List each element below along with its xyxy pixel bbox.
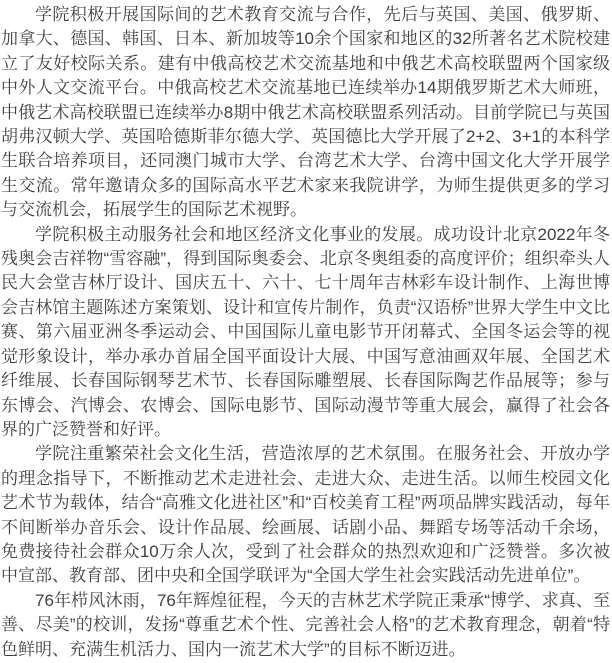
paragraph-international-exchange: 学院积极开展国际间的艺术教育交流与合作，先后与英国、美国、俄罗斯、加拿大、德国、… <box>1 3 610 223</box>
paragraph-cultural-life: 学院注重繁荣社会文化生活，营造浓厚的艺术氛围。在服务社会、开放办学的理念指导下，… <box>1 442 610 588</box>
paragraph-motto-vision: 76年栉风沐雨，76年辉煌征程，今天的吉林艺术学院正秉承“博学、求真、至善、尽美… <box>1 589 610 662</box>
paragraph-social-service: 学院积极主动服务社会和地区经济文化事业的发展。成功设计北京2022年冬残奥会吉祥… <box>1 223 610 443</box>
document-body: 学院积极开展国际间的艺术教育交流与合作，先后与英国、美国、俄罗斯、加拿大、德国、… <box>1 3 610 662</box>
document-page: 学院积极开展国际间的艺术教育交流与合作，先后与英国、美国、俄罗斯、加拿大、德国、… <box>0 0 612 663</box>
